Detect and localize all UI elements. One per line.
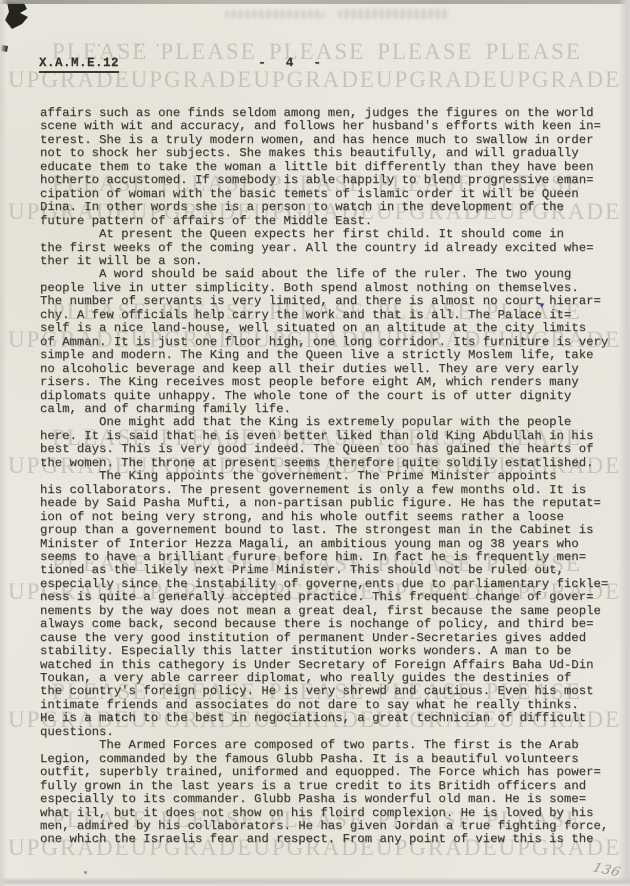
speck (84, 871, 87, 874)
scanned-document-page: { "page": { "reference": "X.A.M.E.12", "… (0, 0, 630, 886)
watermark-word: PLEASE (377, 38, 473, 65)
paper-edge-left (0, 0, 7, 886)
watermark-word: UPGRADE (499, 66, 622, 93)
watermark-word: UPGRADE (253, 66, 376, 93)
watermark-word: UPGRADE (131, 66, 254, 93)
bleed-through-smudge (338, 9, 450, 19)
paper-edge-top (0, 0, 630, 4)
page-number: - 4 - (258, 55, 327, 70)
watermark-word: PLEASE (160, 38, 256, 65)
paper-edge-right (618, 0, 630, 886)
watermark-word: UPGRADE (376, 66, 499, 93)
doc-reference: X.A.M.E.12 (39, 56, 119, 73)
insertion-mark: ▼ (538, 301, 546, 310)
bleed-through-smudge (225, 10, 325, 19)
body-text: affairs such as one finds seldom among m… (40, 107, 608, 847)
paper-edge-bottom (0, 877, 630, 886)
watermark-word: PLEASE (486, 38, 582, 65)
tick-marks: ’ ’ ’ ’ (97, 42, 166, 54)
